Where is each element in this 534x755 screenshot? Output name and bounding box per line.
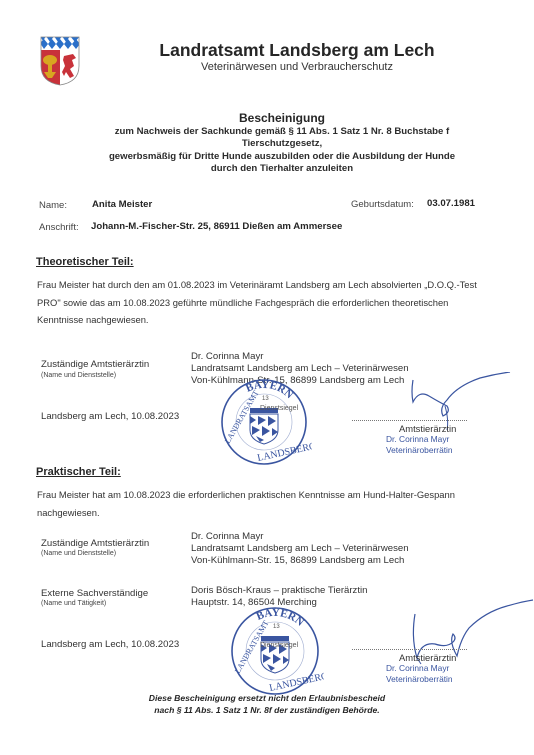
svg-text:LANDSBERG: LANDSBERG — [268, 671, 324, 694]
subtitle-line: gewerbsmäßig für Dritte Hunde auszubilde… — [60, 151, 504, 163]
official-name: Dr. Corinna Mayr — [191, 531, 409, 543]
theoretical-text: Frau Meister hat durch den am 01.08.2023… — [37, 276, 497, 329]
signer-title: Veterinäroberrätin — [386, 674, 453, 685]
official-role-sub: (Name und Dienststelle) — [41, 372, 116, 379]
stamp-overlay-text: Dienstsiegel — [260, 642, 298, 649]
stamp-overlay-text: Dienstsiegel — [260, 405, 298, 412]
official-role: Zuständige Amtstierärztin — [41, 538, 149, 549]
paragraph-line: Frau Meister hat durch den am 01.08.2023… — [37, 276, 497, 294]
paragraph-line: nachgewiesen. — [37, 504, 497, 522]
subtitle-line: durch den Tierhalter anzuleiten — [60, 163, 504, 175]
official-address: Von-Kühlmann-Str. 15, 86899 Landsberg am… — [191, 555, 409, 567]
signature-line — [352, 649, 467, 650]
address-label: Anschrift: — [39, 222, 79, 233]
signer-title: Veterinäroberrätin — [386, 445, 453, 456]
person-address: Johann-M.-Fischer-Str. 25, 86911 Dießen … — [91, 221, 342, 232]
disclaimer-note: Diese Bescheinigung ersetzt nicht den Er… — [0, 693, 534, 716]
expert-role: Externe Sachverständige — [41, 588, 148, 599]
name-label: Name: — [39, 200, 67, 211]
signer-name: Dr. Corinna Mayr — [386, 434, 453, 445]
svg-text:13: 13 — [262, 396, 269, 402]
authority-name: Landratsamt Landsberg am Lech — [0, 40, 534, 61]
place-date: Landsberg am Lech, 10.08.2023 — [41, 639, 179, 650]
practical-heading: Praktischer Teil: — [36, 466, 121, 478]
official-office: Landratsamt Landsberg am Lech – Veterinä… — [191, 363, 409, 375]
place-date: Landsberg am Lech, 10.08.2023 — [41, 411, 179, 422]
practical-text: Frau Meister hat am 10.08.2023 die erfor… — [37, 486, 497, 521]
paragraph-line: Frau Meister hat am 10.08.2023 die erfor… — [37, 486, 497, 504]
disclaimer-line: Diese Bescheinigung ersetzt nicht den Er… — [0, 693, 534, 705]
signer-name: Dr. Corinna Mayr — [386, 663, 453, 674]
official-office: Landratsamt Landsberg am Lech – Veterinä… — [191, 543, 409, 555]
birth-date: 03.07.1981 — [427, 198, 475, 209]
expert-role-sub: (Name und Tätigkeit) — [41, 600, 106, 607]
official-role: Zuständige Amtstierärztin — [41, 359, 149, 370]
signature-role: Amtstierärztin — [399, 423, 456, 434]
official-info: Dr. Corinna Mayr Landratsamt Landsberg a… — [191, 531, 409, 567]
signature-name: Dr. Corinna Mayr Veterinäroberrätin — [386, 663, 453, 684]
official-role-sub: (Name und Dienststelle) — [41, 550, 116, 557]
paragraph-line: PRO" sowie das am 10.08.2023 geführte mü… — [37, 294, 497, 312]
birth-date-label: Geburtsdatum: — [351, 199, 414, 210]
document-title: Bescheinigung — [0, 111, 534, 125]
official-name: Dr. Corinna Mayr — [191, 351, 409, 363]
expert-name: Doris Bösch-Kraus – praktische Tierärzti… — [191, 585, 367, 597]
signature-role: Amtstierärztin — [399, 652, 456, 663]
svg-text:13: 13 — [273, 624, 280, 630]
theoretical-heading: Theoretischer Teil: — [36, 256, 134, 268]
subtitle-line: zum Nachweis der Sachkunde gemäß § 11 Ab… — [60, 126, 504, 138]
document-subtitle: zum Nachweis der Sachkunde gemäß § 11 Ab… — [60, 126, 504, 175]
signature-name: Dr. Corinna Mayr Veterinäroberrätin — [386, 434, 453, 455]
paragraph-line: Kenntnisse nachgewiesen. — [37, 311, 497, 329]
signature-line — [352, 420, 467, 421]
department-name: Veterinärwesen und Verbraucherschutz — [0, 61, 534, 73]
disclaimer-line: nach § 11 Abs. 1 Satz 1 Nr. 8f der zustä… — [0, 705, 534, 717]
official-seal-icon: BAYERN LANDRATSAMT LANDSBERG 13 Dienstsi… — [226, 606, 324, 696]
subtitle-line: Tierschutzgesetz, — [60, 138, 504, 150]
official-seal-icon: BAYERN LANDRATSAMT LANDSBERG 13 Dienstsi… — [216, 378, 312, 466]
person-name: Anita Meister — [92, 199, 152, 210]
